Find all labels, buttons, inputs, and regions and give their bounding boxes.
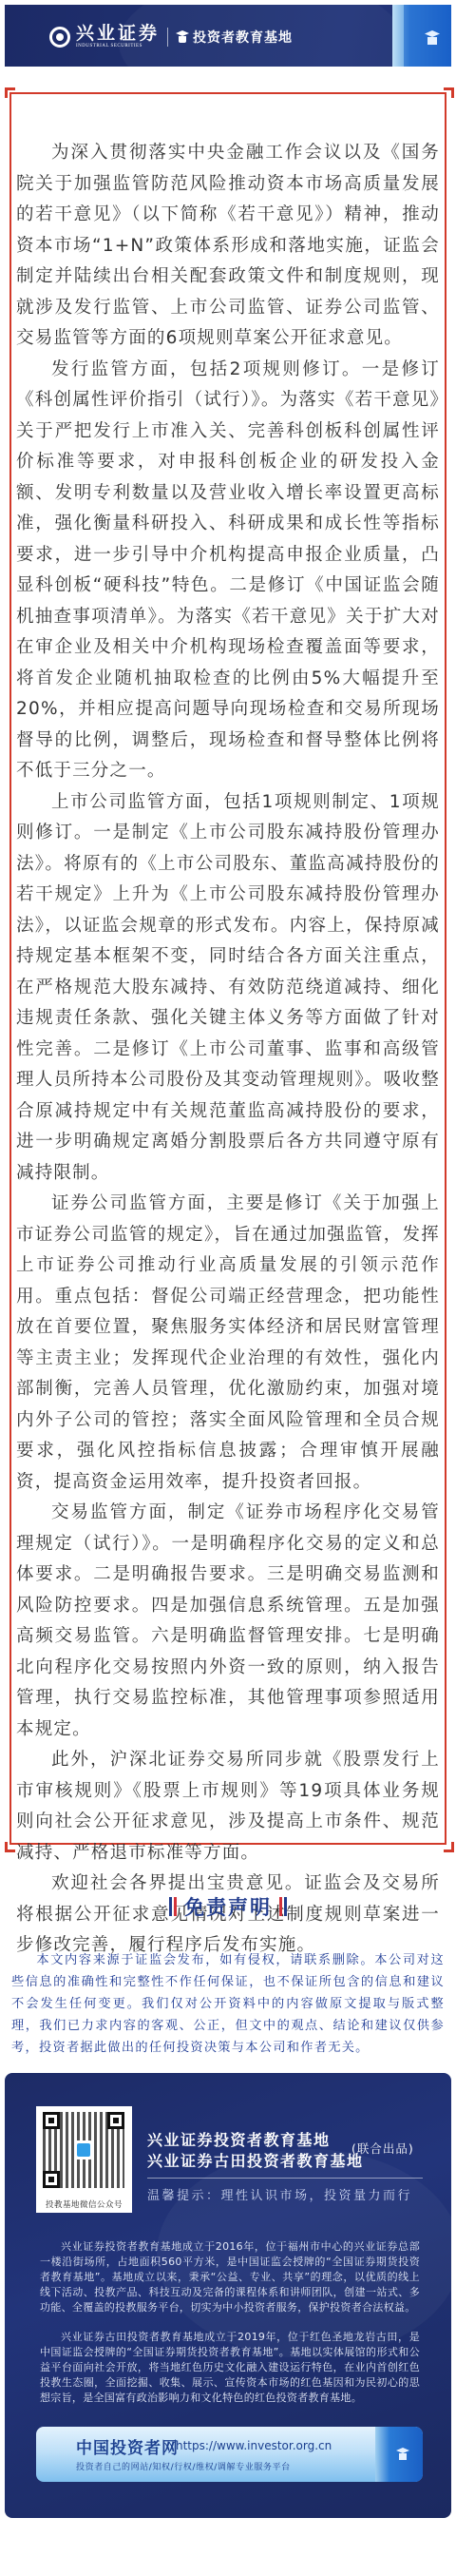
investor-site-url[interactable]: https://www.investor.org.cn — [176, 2439, 332, 2452]
title-bars-right — [279, 1897, 287, 1916]
logo-en: INDUSTRIAL SECURITIES — [76, 44, 160, 49]
logo-divider — [167, 28, 168, 47]
wechat-qr-code[interactable]: 投教基地微信公众号 — [36, 2106, 132, 2213]
footer-card: 投教基地微信公众号 兴业证券投资者教育基地 兴业证券古田投资者教育基地 (联合出… — [5, 2073, 451, 2518]
company-logo-icon — [49, 27, 70, 48]
qr-finder — [43, 2171, 60, 2188]
book-illustration — [392, 5, 451, 67]
article-paragraph: 发行监管方面，包括2项规则修订。一是修订《科创属性评价指引（试行）》。为落实《若… — [16, 355, 440, 787]
qr-finder — [43, 2112, 60, 2129]
article-paragraph: 交易监管方面，制定《证券市场程序化交易管理规定（试行）》。一是明确程序化交易的定… — [16, 1498, 440, 1745]
brand-line-2: 兴业证券古田投资者教育基地 — [147, 2151, 364, 2172]
investor-site-title: 中国投资者网 — [76, 2434, 179, 2458]
frame-corner-top-left — [5, 87, 15, 98]
investor-site-subtitle: 投资者自己的网站/知权/行权/维权/调解专业服务平台 — [76, 2460, 291, 2472]
header-banner: 兴业证券 INDUSTRIAL SECURITIES 投资者教育基地 — [5, 5, 451, 67]
joint-production-label: (联合出品) — [351, 2140, 414, 2157]
frame-corner-top-right — [444, 87, 454, 98]
company-logo-text: 兴业证券 INDUSTRIAL SECURITIES — [76, 25, 160, 49]
brand-names: 兴业证券投资者教育基地 兴业证券古田投资者教育基地 — [147, 2130, 364, 2172]
article-paragraph: 为深入贯彻落实中央金融工作会议以及《国务院关于加强监管防范风险推动资本市场高质量… — [16, 138, 440, 355]
graduation-cap-icon — [176, 30, 189, 44]
disclaimer-text: 本文内容来源于证监会发布，如有侵权，请联系删除。本公司对这些信息的准确性和完整性… — [11, 1949, 445, 2059]
bar-red — [174, 1897, 177, 1916]
intro-text: 兴业证券投资者教育基地成立于2016年，位于福州市中心的兴业证券总部一楼沿街场所… — [40, 2239, 420, 2315]
qr-finder — [107, 2112, 124, 2129]
graduation-cap-icon — [396, 2448, 409, 2461]
article-paragraph: 上市公司监管方面，包括1项规则制定、1项规则修订。一是制定《上市公司股东减持股份… — [16, 787, 440, 1190]
disclaimer-body: 本文内容来源于证监会发布，如有侵权，请联系删除。本公司对这些信息的准确性和完整性… — [11, 1949, 445, 2059]
divider — [147, 2178, 423, 2179]
intro-paragraph-2: 兴业证券古田投资者教育基地成立于2019年，位于红色圣地龙岩古田，是中国证监会授… — [40, 2330, 420, 2406]
disclaimer-title: 免责声明 — [0, 1892, 456, 1921]
bar-blue — [169, 1897, 172, 1916]
frame-corner-bottom-right — [444, 1842, 454, 1852]
investor-site-banner[interactable]: 中国投资者网 https://www.investor.org.cn 投资者自己… — [36, 2427, 423, 2482]
investment-tip: 温馨提示：理性认识市场，投资量力而行 — [147, 2185, 412, 2203]
disclaimer-title-text: 免责声明 — [184, 1892, 272, 1921]
company-logo: 兴业证券 INDUSTRIAL SECURITIES 投资者教育基地 — [49, 24, 293, 50]
article-body: 为深入贯彻落实中央金融工作会议以及《国务院关于加强监管防范风险推动资本市场高质量… — [16, 138, 440, 1962]
bar-blue — [284, 1897, 287, 1916]
book-illustration — [375, 2427, 423, 2482]
edu-base-label: 投资者教育基地 — [193, 28, 293, 47]
logo-cn: 兴业证券 — [76, 25, 160, 43]
title-bars-left — [169, 1897, 177, 1916]
qr-caption: 投教基地微信公众号 — [36, 2198, 132, 2210]
frame-corner-bottom-left — [5, 1842, 15, 1852]
bar-red — [279, 1897, 282, 1916]
graduation-cap-icon — [425, 30, 440, 46]
article-paragraph: 此外，沪深北证券交易所同步就《股票发行上市审核规则》《股票上市规则》等19项具体… — [16, 1745, 440, 1869]
intro-text: 兴业证券古田投资者教育基地成立于2019年，位于红色圣地龙岩古田，是中国证监会授… — [40, 2330, 420, 2406]
qr-center-logo-icon — [74, 2140, 93, 2160]
article-paragraph: 证券公司监管方面，主要是修订《关于加强上市证券公司监管的规定》，旨在通过加强监管… — [16, 1189, 440, 1498]
intro-paragraph-1: 兴业证券投资者教育基地成立于2016年，位于福州市中心的兴业证券总部一楼沿街场所… — [40, 2239, 420, 2315]
brand-line-1: 兴业证券投资者教育基地 — [147, 2130, 364, 2151]
